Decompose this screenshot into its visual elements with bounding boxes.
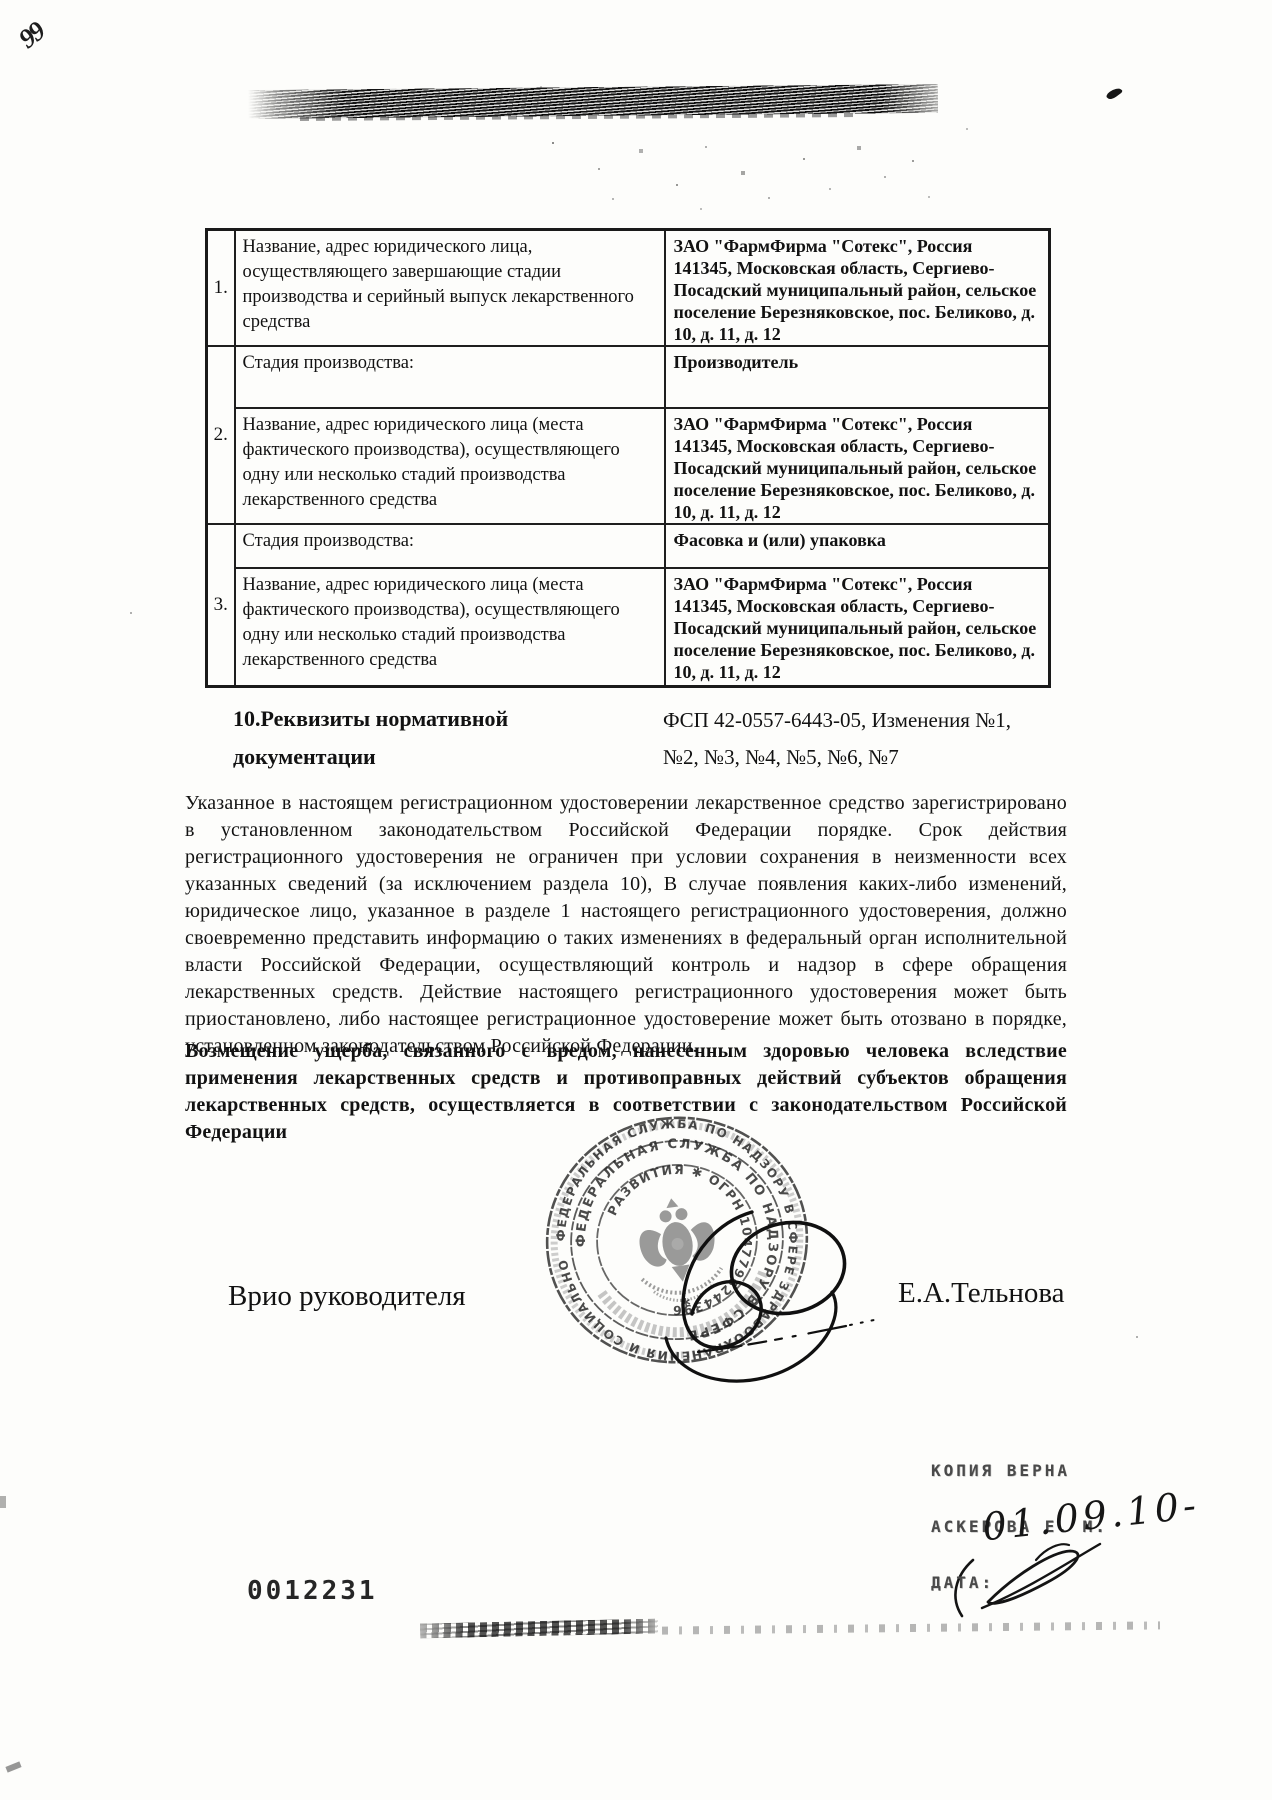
- eagle-emblem: [634, 1193, 720, 1287]
- form-serial-number: 0012231: [247, 1576, 378, 1606]
- bottom-scan-smudge: [420, 1619, 658, 1639]
- cell-value: ЗАО "ФармФирма "Сотекс", Россия 141345, …: [665, 230, 1050, 347]
- document-page: 99 1. Название, адрес юридического лица,…: [0, 0, 1272, 1800]
- section-10-value: ФСП 42-0557-6443-05, Изменения №1, №2, №…: [663, 702, 1023, 776]
- row-number: 2.: [207, 346, 235, 524]
- page-edge-mark: [5, 1761, 21, 1772]
- cell-value: Фасовка и (или) упаковка: [665, 524, 1050, 568]
- cell-label: Название, адрес юридического лица (места…: [235, 568, 665, 687]
- cell-value: ЗАО "ФармФирма "Сотекс", Россия 141345, …: [665, 408, 1050, 524]
- ink-tick-mark: [1105, 86, 1124, 100]
- signer-title: Врио руководителя: [228, 1280, 466, 1313]
- cell-value: ЗАО "ФармФирма "Сотекс", Россия 141345, …: [665, 568, 1050, 687]
- cell-label: Стадия производства:: [235, 346, 665, 408]
- scan-noise-speckles: [0, 0, 2, 2]
- legal-paragraph-validity: Указанное в настоящем регистрационном уд…: [185, 790, 1067, 1060]
- row-number: 3.: [207, 524, 235, 687]
- copy-stamp-line3: ДАТА:: [931, 1573, 994, 1592]
- official-round-stamp: ФЕДЕРАЛЬНАЯ СЛУЖБА ПО НАДЗОРУ В СФЕРЕ ЗД…: [543, 1114, 811, 1366]
- bottom-scan-smudge-faint: [662, 1621, 1160, 1634]
- cell-label: Стадия производства:: [235, 524, 665, 568]
- page-edge-mark-left: [0, 1496, 6, 1508]
- cell-label: Название, адрес юридического лица, осуще…: [235, 230, 665, 347]
- table-row: Название, адрес юридического лица (места…: [207, 408, 1050, 524]
- cell-label: Название, адрес юридического лица (места…: [235, 408, 665, 524]
- manufacturer-table: 1. Название, адрес юридического лица, ос…: [205, 228, 1051, 688]
- table-row: 3. Стадия производства: Фасовка и (или) …: [207, 524, 1050, 568]
- row-number: 1.: [207, 230, 235, 347]
- table-row: 2. Стадия производства: Производитель: [207, 346, 1050, 408]
- cell-value: Производитель: [665, 346, 1050, 408]
- signer-name: Е.А.Тельнова: [898, 1277, 1065, 1310]
- handwritten-page-number: 99: [13, 16, 50, 55]
- table-row: Название, адрес юридического лица (места…: [207, 568, 1050, 687]
- section-10-heading: 10.Реквизиты нормативной документации: [233, 700, 568, 776]
- table-row: 1. Название, адрес юридического лица, ос…: [207, 230, 1050, 347]
- copy-stamp-line1: КОПИЯ ВЕРНА: [931, 1461, 1070, 1480]
